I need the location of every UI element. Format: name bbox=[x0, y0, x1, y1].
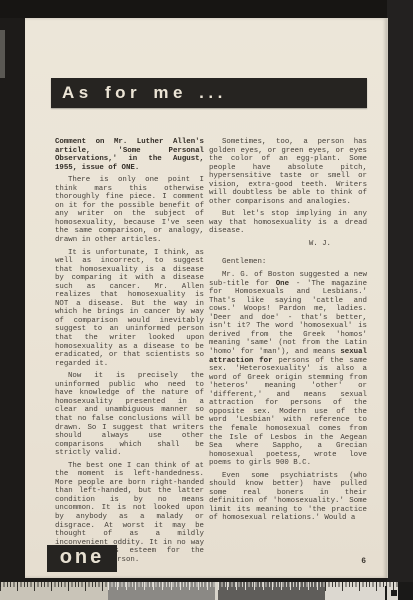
left-text-column: Comment on Mr. Luther Allen's article, '… bbox=[55, 138, 204, 564]
scanner-background-top bbox=[0, 0, 413, 18]
ruler-segment-dark-gray bbox=[218, 582, 325, 600]
paragraph: It is unfortunate, I think, as well as i… bbox=[55, 249, 204, 369]
ruler-segment-end bbox=[398, 582, 413, 600]
ruler-segment-white bbox=[325, 582, 398, 600]
letter-signature: W. J. bbox=[209, 240, 367, 249]
section-title: As for me ... bbox=[51, 78, 367, 108]
paragraph: Now it is precisely the uninformed publi… bbox=[55, 372, 204, 457]
letter-salutation: Gentlemen: bbox=[209, 258, 367, 267]
letter-text: persons of the same sex. 'Heterosexualit… bbox=[209, 357, 367, 468]
one-magazine-logo: one bbox=[47, 545, 117, 572]
paragraph: But let's stop implying in any way that … bbox=[209, 210, 367, 236]
scanner-edge-mark bbox=[0, 30, 5, 78]
letter-body-paragraph: Mr. G. of Boston suggested a new sub-tit… bbox=[209, 271, 367, 468]
editorial-comment-intro: Comment on Mr. Luther Allen's article, '… bbox=[55, 138, 204, 172]
ruler-mark-square bbox=[391, 590, 397, 596]
ruler-mark-line bbox=[385, 586, 387, 600]
scanner-background-right bbox=[387, 0, 413, 600]
section-header-bar: As for me ... bbox=[51, 78, 367, 108]
letter-emphasis-one: One bbox=[276, 280, 289, 288]
ruler-segment-gray bbox=[108, 582, 218, 600]
letter-text: - 'The magazine for Homosexuals and Lesb… bbox=[209, 280, 367, 356]
right-text-column: Sometimes, too, a person has golden eyes… bbox=[209, 138, 367, 523]
scanned-page-canvas: As for me ... Comment on Mr. Luther Alle… bbox=[0, 0, 413, 600]
paragraph: Even some psychiatrists (who should know… bbox=[209, 472, 367, 523]
scanner-ruler bbox=[0, 582, 413, 600]
ruler-segment-light bbox=[0, 582, 108, 600]
page-number: 6 bbox=[361, 557, 366, 566]
paragraph: Sometimes, too, a person has golden eyes… bbox=[209, 138, 367, 206]
magazine-page: As for me ... Comment on Mr. Luther Alle… bbox=[25, 18, 387, 578]
paragraph: There is only one point I think mars thi… bbox=[55, 176, 204, 244]
